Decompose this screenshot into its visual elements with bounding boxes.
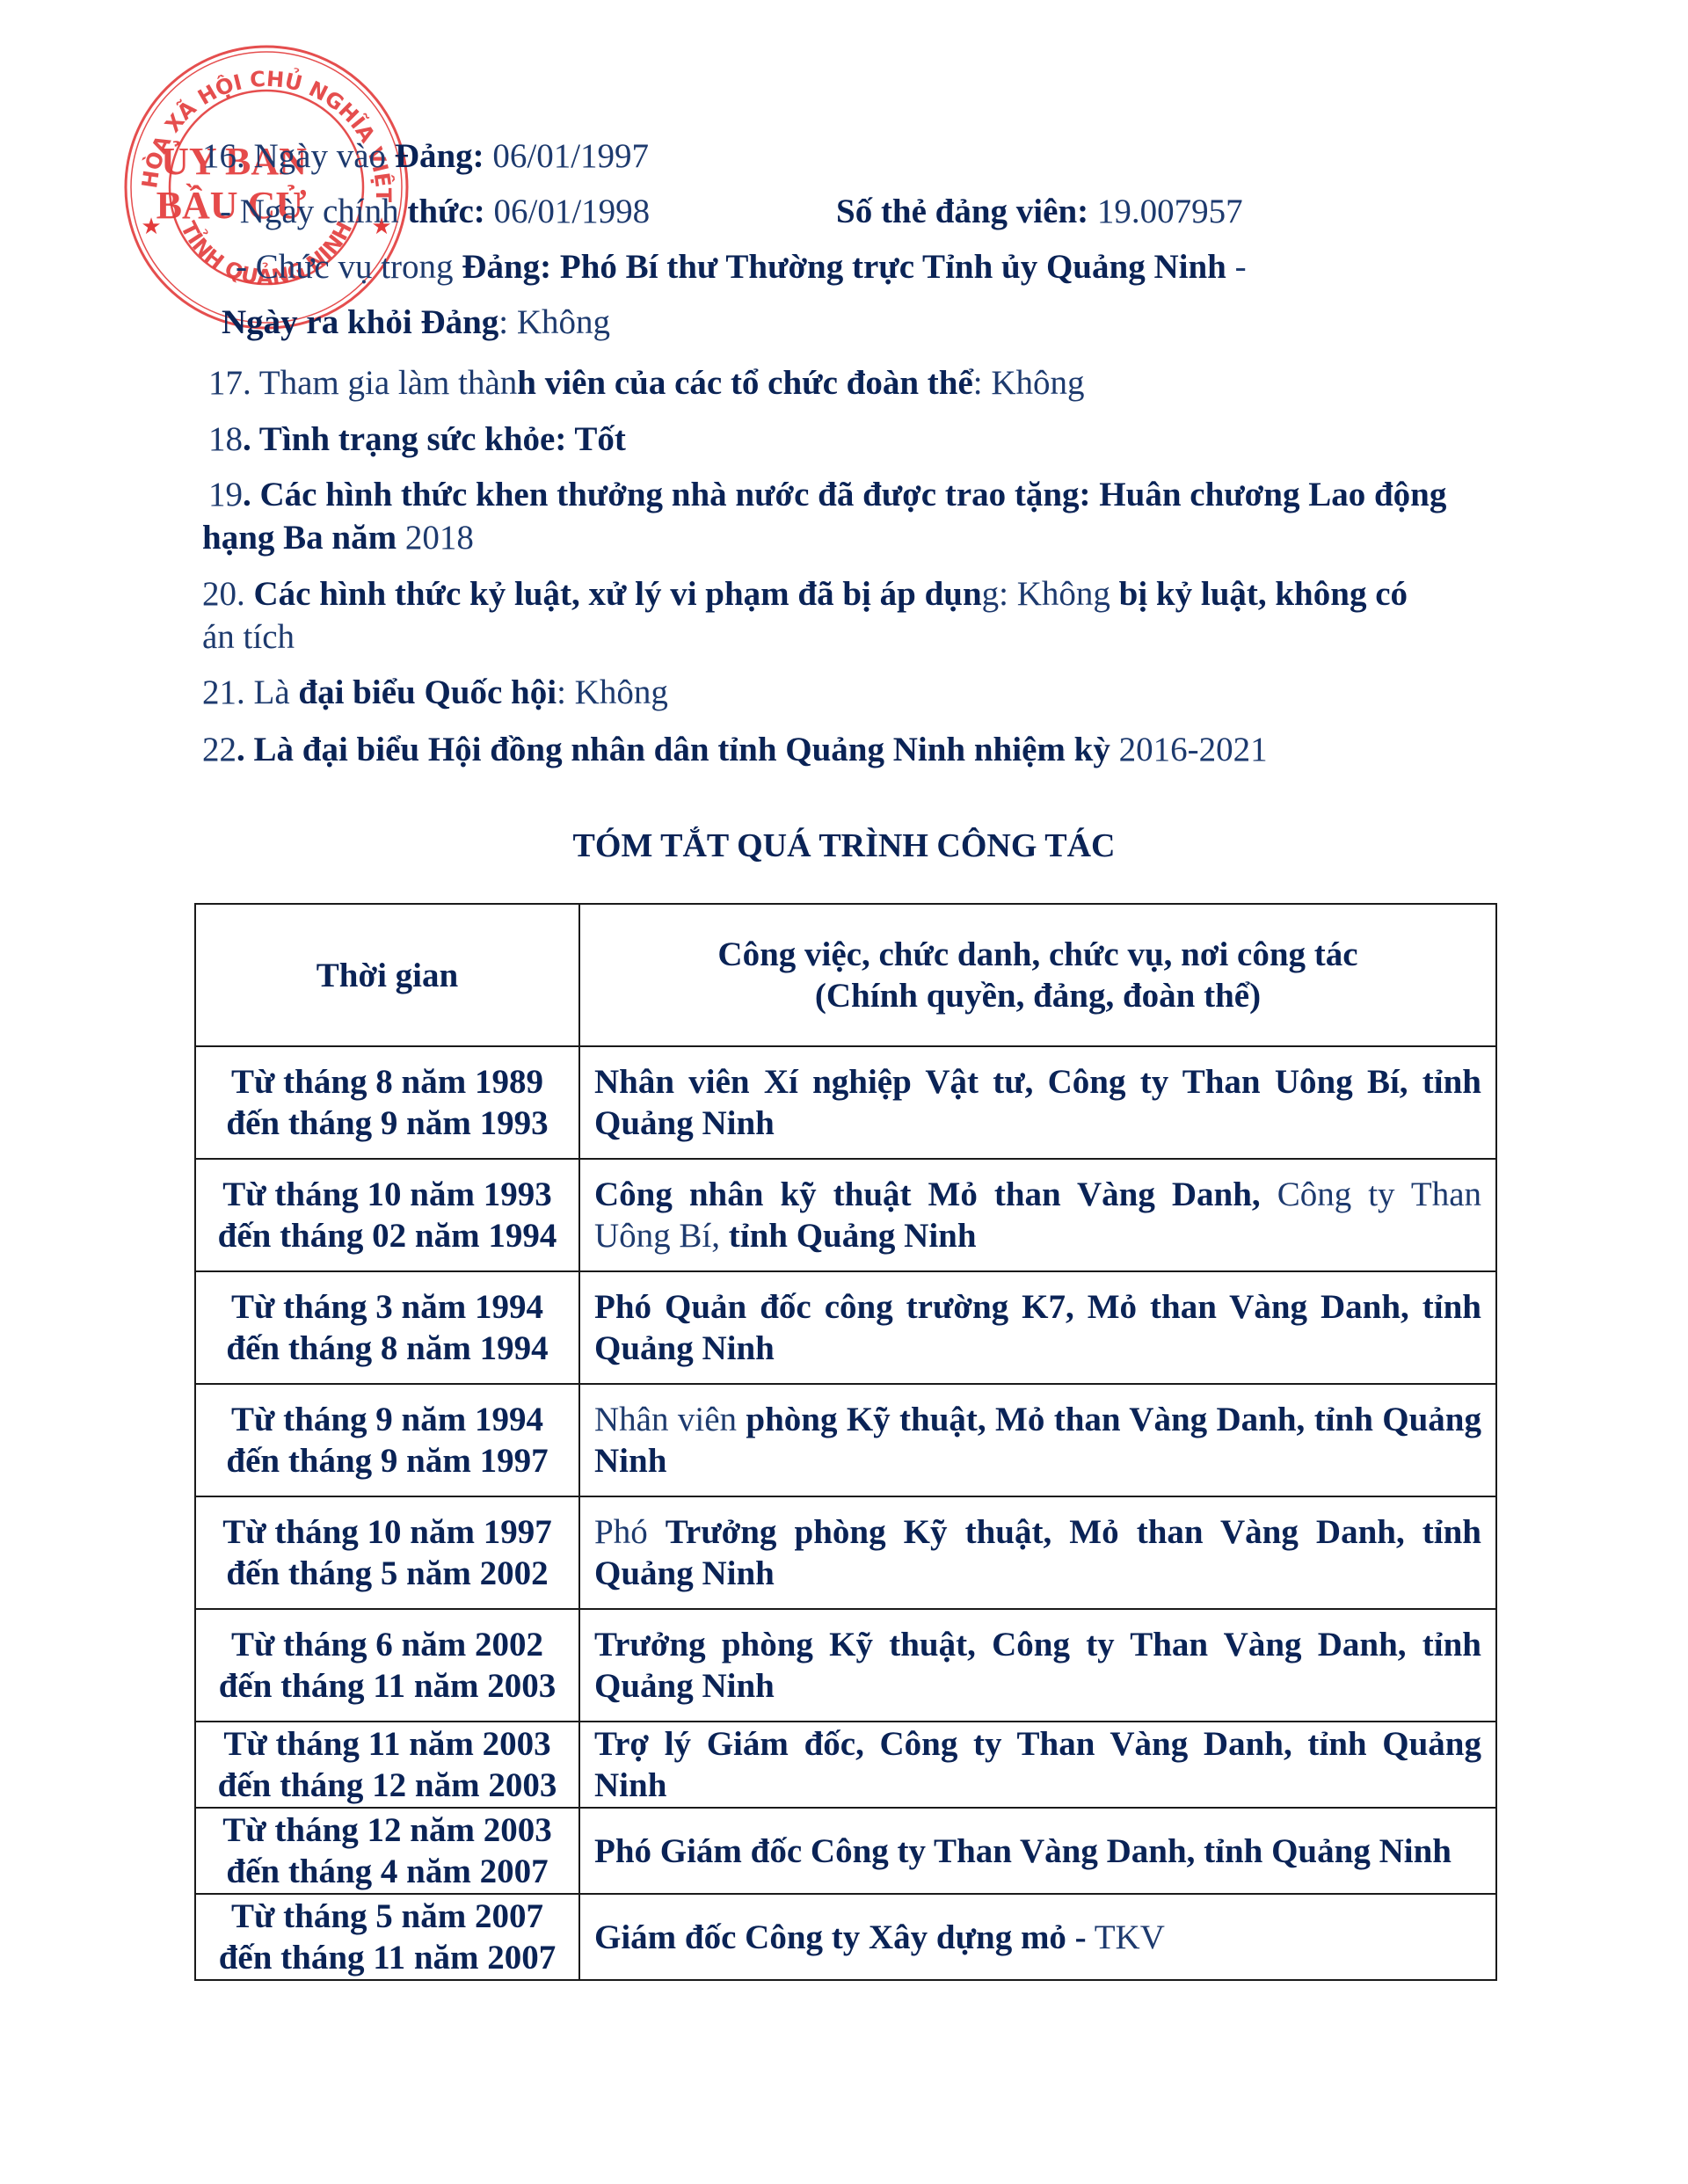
- bio-line-item20: 20. Các hình thức kỷ luật, xử lý vi phạm…: [202, 577, 1408, 611]
- time-cell: Từ tháng 12 năm 2003đến tháng 4 năm 2007: [195, 1808, 579, 1894]
- work-cell: Công nhân kỹ thuật Mỏ than Vàng Danh, Cô…: [579, 1159, 1496, 1271]
- time-cell: Từ tháng 9 năm 1994đến tháng 9 năm 1997: [195, 1384, 579, 1496]
- bio-line-item16-official: - Ngày chính thức: 06/01/1998: [220, 194, 650, 229]
- header-time: Thời gian: [195, 904, 579, 1046]
- section-title: TÓM TẮT QUÁ TRÌNH CÔNG TÁC: [0, 826, 1688, 865]
- text-run: Phó: [594, 1513, 666, 1551]
- text-run: 18: [208, 420, 243, 458]
- work-cell: Trợ lý Giám đốc, Công ty Than Vàng Danh,…: [579, 1722, 1496, 1808]
- text-run: . Các hình thức khen thưởng nhà nước đã …: [243, 476, 1446, 513]
- time-cell: Từ tháng 11 năm 2003đến tháng 12 năm 200…: [195, 1722, 579, 1808]
- text-run: 19: [208, 476, 243, 513]
- text-run: Nhân viên: [594, 1401, 746, 1438]
- table-row: Từ tháng 8 năm 1989đến tháng 9 năm 1993N…: [195, 1046, 1496, 1159]
- text-run: tỉnh Quảng Ninh: [720, 1217, 977, 1255]
- work-cell: Nhân viên Xí nghiệp Vật tư, Công ty Than…: [579, 1046, 1496, 1159]
- red-seal-stamp: CỘNG HÒA XÃ HỘI CHỦ NGHĨA VIỆT NAM TỈNH …: [121, 42, 411, 332]
- text-run: Trợ lý Giám đốc, Công ty Than Vàng Danh,…: [594, 1725, 1481, 1804]
- text-run: Số thẻ đảng viên:: [836, 193, 1088, 230]
- bio-line-item19: 19. Các hình thức khen thưởng nhà nước đ…: [208, 477, 1446, 512]
- text-run: hạng Ba năm: [202, 519, 397, 557]
- table-row: Từ tháng 6 năm 2002đến tháng 11 năm 2003…: [195, 1609, 1496, 1722]
- table-row: Từ tháng 12 năm 2003đến tháng 4 năm 2007…: [195, 1808, 1496, 1894]
- time-cell: Từ tháng 10 năm 1993đến tháng 02 năm 199…: [195, 1159, 579, 1271]
- work-cell: Phó Trưởng phòng Kỹ thuật, Mỏ than Vàng …: [579, 1496, 1496, 1609]
- header-work: Công việc, chức danh, chức vụ, nơi công …: [579, 904, 1496, 1046]
- text-run: 20.: [202, 575, 254, 613]
- text-run: Ngày ra khỏi Đảng: [222, 303, 498, 341]
- text-run: bị kỷ luật, không có: [1119, 575, 1408, 613]
- table-row: Từ tháng 10 năm 1997đến tháng 5 năm 2002…: [195, 1496, 1496, 1609]
- bio-line-item16-position: - Chức vụ trong Đảng: Phó Bí thư Thường …: [236, 250, 1247, 284]
- text-run: 19.007957: [1088, 193, 1243, 230]
- text-run: : Không: [973, 364, 1085, 402]
- bio-line-item16-card: Số thẻ đảng viên: 19.007957: [836, 194, 1243, 229]
- text-run: 17. Tham gia làm thàn: [208, 364, 517, 402]
- text-run: 2018: [397, 519, 474, 557]
- bio-line-item17: 17. Tham gia làm thành viên của các tổ c…: [208, 366, 1085, 400]
- text-run: Phó Giám đốc Công ty Than Vàng Danh, tỉn…: [594, 1832, 1452, 1870]
- text-run: . Là đại biểu Hội đồng nhân dân tỉnh Quả…: [236, 731, 1110, 768]
- career-summary-table: Thời gian Công việc, chức danh, chức vụ,…: [194, 903, 1497, 1981]
- text-run: 06/01/1998: [485, 193, 650, 230]
- text-run: đại biểu Quốc hội: [298, 673, 557, 711]
- work-cell: Phó Quản đốc công trường K7, Mỏ than Vàn…: [579, 1271, 1496, 1384]
- text-run: Trưởng phòng Kỹ thuật, Mỏ than Vàng Danh…: [594, 1513, 1481, 1592]
- text-run: Nhân viên Xí nghiệp Vật tư, Công ty Than…: [594, 1063, 1481, 1142]
- text-run: Đảng:: [395, 137, 484, 175]
- table-row: Từ tháng 10 năm 1993đến tháng 02 năm 199…: [195, 1159, 1496, 1271]
- bio-line-item20-cont: án tích: [202, 620, 295, 654]
- bio-line-item19-cont: hạng Ba năm 2018: [202, 521, 474, 555]
- table-row: Từ tháng 3 năm 1994đến tháng 8 năm 1994P…: [195, 1271, 1496, 1384]
- text-run: : Không: [557, 673, 668, 711]
- time-cell: Từ tháng 8 năm 1989đến tháng 9 năm 1993: [195, 1046, 579, 1159]
- table-row: Từ tháng 11 năm 2003đến tháng 12 năm 200…: [195, 1722, 1496, 1808]
- table-row: Từ tháng 9 năm 1994đến tháng 9 năm 1997N…: [195, 1384, 1496, 1496]
- time-cell: Từ tháng 10 năm 1997đến tháng 5 năm 2002: [195, 1496, 579, 1609]
- bio-line-item16-leave: Ngày ra khỏi Đảng: Không: [222, 305, 610, 339]
- text-run: 16. Ngày vào: [202, 137, 395, 175]
- text-run: g: Không: [982, 575, 1119, 613]
- table-header-row: Thời gian Công việc, chức danh, chức vụ,…: [195, 904, 1496, 1046]
- bio-line-item16: 16. Ngày vào Đảng: 06/01/1997: [202, 139, 649, 173]
- work-cell: Trưởng phòng Kỹ thuật, Công ty Than Vàng…: [579, 1609, 1496, 1722]
- time-cell: Từ tháng 5 năm 2007đến tháng 11 năm 2007: [195, 1894, 579, 1980]
- text-run: TKV: [1087, 1918, 1165, 1956]
- text-run: - Chức vụ trong: [236, 248, 462, 286]
- text-run: : Không: [498, 303, 610, 341]
- table-row: Từ tháng 5 năm 2007đến tháng 11 năm 2007…: [195, 1894, 1496, 1980]
- text-run: - Ngày chính: [220, 193, 407, 230]
- text-run: Trưởng phòng Kỹ thuật, Công ty Than Vàng…: [594, 1626, 1481, 1705]
- text-run: 06/01/1997: [484, 137, 649, 175]
- text-run: . Tình trạng sức khỏe: Tốt: [243, 420, 626, 458]
- text-run: thức:: [407, 193, 484, 230]
- text-run: Phó Quản đốc công trường K7, Mỏ than Vàn…: [594, 1288, 1481, 1367]
- text-run: Đảng: Phó Bí thư Thường trực Tỉnh ủy Quả…: [462, 248, 1226, 286]
- text-run: Các hình thức kỷ luật, xử lý vi phạm đã …: [254, 575, 982, 613]
- text-run: -: [1226, 248, 1247, 286]
- text-run: 2016-2021: [1110, 731, 1268, 768]
- work-cell: Phó Giám đốc Công ty Than Vàng Danh, tỉn…: [579, 1808, 1496, 1894]
- bio-line-item22: 22. Là đại biểu Hội đồng nhân dân tỉnh Q…: [202, 732, 1268, 767]
- text-run: h viên của các tổ chức đoàn thể: [517, 364, 972, 402]
- text-run: Giám đốc Công ty Xây dựng mỏ -: [594, 1918, 1087, 1956]
- bio-line-item21: 21. Là đại biểu Quốc hội: Không: [202, 675, 668, 710]
- work-cell: Nhân viên phòng Kỹ thuật, Mỏ than Vàng D…: [579, 1384, 1496, 1496]
- text-run: 22: [202, 731, 236, 768]
- bio-line-item18: 18. Tình trạng sức khỏe: Tốt: [208, 422, 626, 456]
- text-run: 21. Là: [202, 673, 298, 711]
- text-run: án tích: [202, 618, 295, 656]
- text-run: Công nhân kỹ thuật Mỏ than Vàng Danh,: [594, 1176, 1261, 1213]
- work-cell: Giám đốc Công ty Xây dựng mỏ - TKV: [579, 1894, 1496, 1980]
- time-cell: Từ tháng 6 năm 2002đến tháng 11 năm 2003: [195, 1609, 579, 1722]
- time-cell: Từ tháng 3 năm 1994đến tháng 8 năm 1994: [195, 1271, 579, 1384]
